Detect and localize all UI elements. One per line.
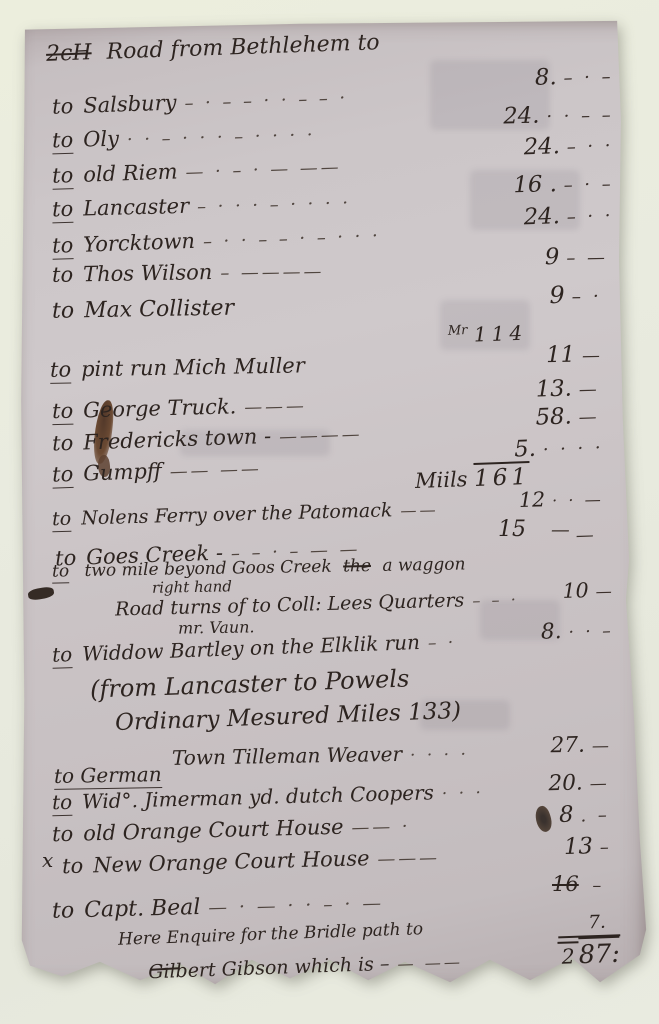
- miles-value: 24.: [523, 203, 560, 230]
- miles-value: 12: [519, 487, 546, 512]
- note-text: a waggon: [382, 554, 466, 575]
- dash-leader: [242, 309, 542, 314]
- grand-total-value: 87:: [578, 936, 620, 970]
- dash-tail: – · ·: [566, 135, 613, 158]
- to-word: to: [52, 128, 74, 155]
- to-word: to: [52, 399, 74, 426]
- entry-row-german-town-lower: to German: [54, 762, 162, 788]
- dash-tail: · · –: [568, 621, 614, 643]
- to-word: to: [52, 262, 74, 286]
- dash-tail: · · · ·: [543, 437, 604, 460]
- place-name: Salsbury: [83, 90, 177, 117]
- dash-tail: · · —: [552, 490, 604, 510]
- dash-leader: ——: [400, 498, 511, 520]
- place-name: Town Tilleman Weaver: [172, 742, 402, 770]
- subtotal-miles-161: Miils 161: [415, 464, 531, 494]
- miles-value: 13: [564, 833, 594, 860]
- annotation-value: 114: [473, 321, 527, 347]
- dash-tail: . –: [580, 805, 610, 827]
- dash-tail: – ·: [571, 286, 602, 308]
- dash-tail: —: [592, 736, 612, 756]
- person-name: Max Collister: [84, 296, 234, 324]
- dash-leader: [313, 368, 538, 372]
- miles-value: 8.: [534, 64, 557, 91]
- miles-value: 24.: [503, 103, 540, 130]
- mr-abbreviation: Mr: [448, 323, 468, 339]
- note-mr-vaun: mr. Vaun.: [178, 617, 255, 637]
- dash-leader: · · · ·: [410, 743, 543, 765]
- place-name: pint run Mich Muller: [81, 353, 305, 381]
- dash-tail: –: [592, 875, 604, 896]
- place-name: Fredericks town -: [83, 424, 272, 455]
- note-text: mr. Vaun.: [178, 617, 255, 637]
- dash-tail: – · –: [563, 174, 613, 196]
- dash-tail: —: [595, 581, 615, 600]
- to-word: to: [52, 508, 72, 532]
- miles-value: 16 .: [513, 171, 557, 198]
- dash-leader: – – ·: [472, 589, 555, 610]
- miles-value: 27.: [550, 733, 585, 759]
- total-prefix: 2: [557, 941, 579, 969]
- to-word: to: [50, 357, 72, 383]
- dash-tail: – · –: [563, 66, 614, 89]
- x-mark: x: [42, 848, 53, 872]
- photo-of-manuscript: 2cH Road from Bethlehem to to Salsbury –…: [0, 0, 659, 1024]
- dash-tail: –: [600, 837, 612, 858]
- to-word: to: [62, 854, 84, 879]
- dash-tail: —: [575, 525, 597, 547]
- blank-gap: [431, 930, 550, 934]
- to-word: to: [52, 642, 73, 669]
- place-name: old Riem: [83, 159, 178, 186]
- to-word: to: [52, 94, 74, 119]
- person-name: Capt. Beal: [84, 895, 201, 923]
- dash-tail: – —: [566, 247, 608, 269]
- dash-leader: – ·: [428, 630, 534, 654]
- place-name: Yorcktown: [83, 229, 196, 257]
- to-word: to: [52, 233, 74, 260]
- place-name: Oly: [83, 127, 119, 152]
- to-word: to: [52, 163, 74, 190]
- to-german-text: to German: [54, 762, 162, 790]
- miles-word: Miils: [415, 467, 468, 493]
- miles-value: 10: [562, 578, 589, 603]
- miles-value: 58.: [535, 403, 572, 430]
- deleted-shelfmark: 2cH: [46, 40, 92, 67]
- struck-word: the: [343, 556, 371, 576]
- to-word: to: [52, 790, 73, 817]
- to-word: to: [52, 822, 74, 847]
- dash-leader: · · ·: [442, 782, 541, 805]
- to-word: to: [52, 561, 69, 583]
- dash-tail: · · – –: [546, 105, 614, 128]
- miles-value: 7.: [558, 911, 620, 938]
- to-word: to: [52, 898, 75, 924]
- dash-leader: —— ·: [351, 812, 551, 838]
- dash-tail: —: [579, 379, 600, 401]
- dash-leader: ———: [377, 844, 556, 870]
- place-name: Gumpff: [83, 459, 162, 486]
- to-word: to: [52, 197, 74, 224]
- miles-value: 9: [549, 281, 565, 309]
- dash-tail: – · ·: [566, 205, 613, 228]
- to-word: to: [52, 298, 75, 323]
- place-name: Lancaster: [83, 194, 190, 221]
- miles-value: 24.: [523, 133, 560, 160]
- dash-leader: — ——: [397, 949, 550, 973]
- miles-value: 9: [545, 244, 560, 270]
- miles-value: 8: [559, 802, 574, 828]
- dash-leader: – ————: [220, 257, 537, 284]
- miles-value: 20.: [548, 770, 583, 796]
- to-word: to: [52, 462, 74, 489]
- miles-value: 11: [546, 342, 575, 368]
- miles-value: 13.: [535, 376, 572, 403]
- miles-value: 5.: [514, 436, 537, 463]
- person-name: George Truck.: [83, 394, 237, 422]
- dash-tail: —: [578, 406, 600, 428]
- person-name: Thos Wilson: [83, 260, 213, 286]
- dash-tail: —: [582, 345, 603, 366]
- margin-x-mark: x: [42, 848, 53, 872]
- miles-value: 8.: [540, 619, 561, 645]
- to-word: to: [52, 431, 74, 456]
- marginal-annotation-mr-114: Mr 114: [448, 321, 528, 348]
- dash-tail: —: [590, 774, 611, 795]
